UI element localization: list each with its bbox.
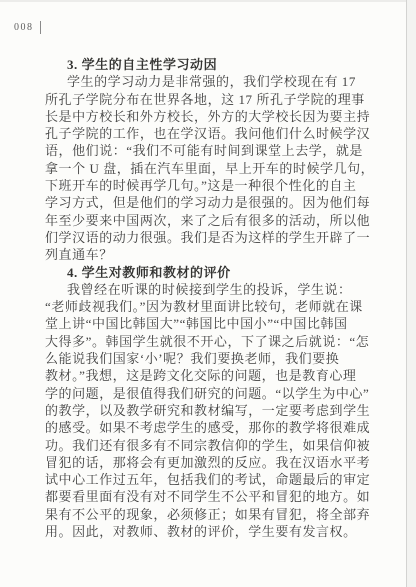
section-heading-3: 3. 学生的自主性学习动因 — [45, 56, 376, 73]
page-number: 008 — [14, 22, 34, 33]
section-3-paragraph: 学生的学习动力是非常强的，我们学校现在有 17 所孔子学院分布在世界各地，这 1… — [45, 73, 376, 263]
page-header: 008 — [14, 21, 41, 34]
page-text-column: 3. 学生的自主性学习动因 学生的学习动力是非常强的，我们学校现在有 17 所孔… — [45, 56, 376, 540]
section-heading-4: 4. 学生对教师和教材的评价 — [45, 264, 376, 281]
scan-top-edge — [0, 0, 416, 2]
page-right-margin-strip — [407, 0, 416, 587]
page-number-rule — [40, 21, 41, 34]
section-4-paragraph: 我曾经在听课的时候接到学生的投诉，学生说： “老师歧视我们。”因为教材里面讲比较… — [45, 281, 376, 540]
